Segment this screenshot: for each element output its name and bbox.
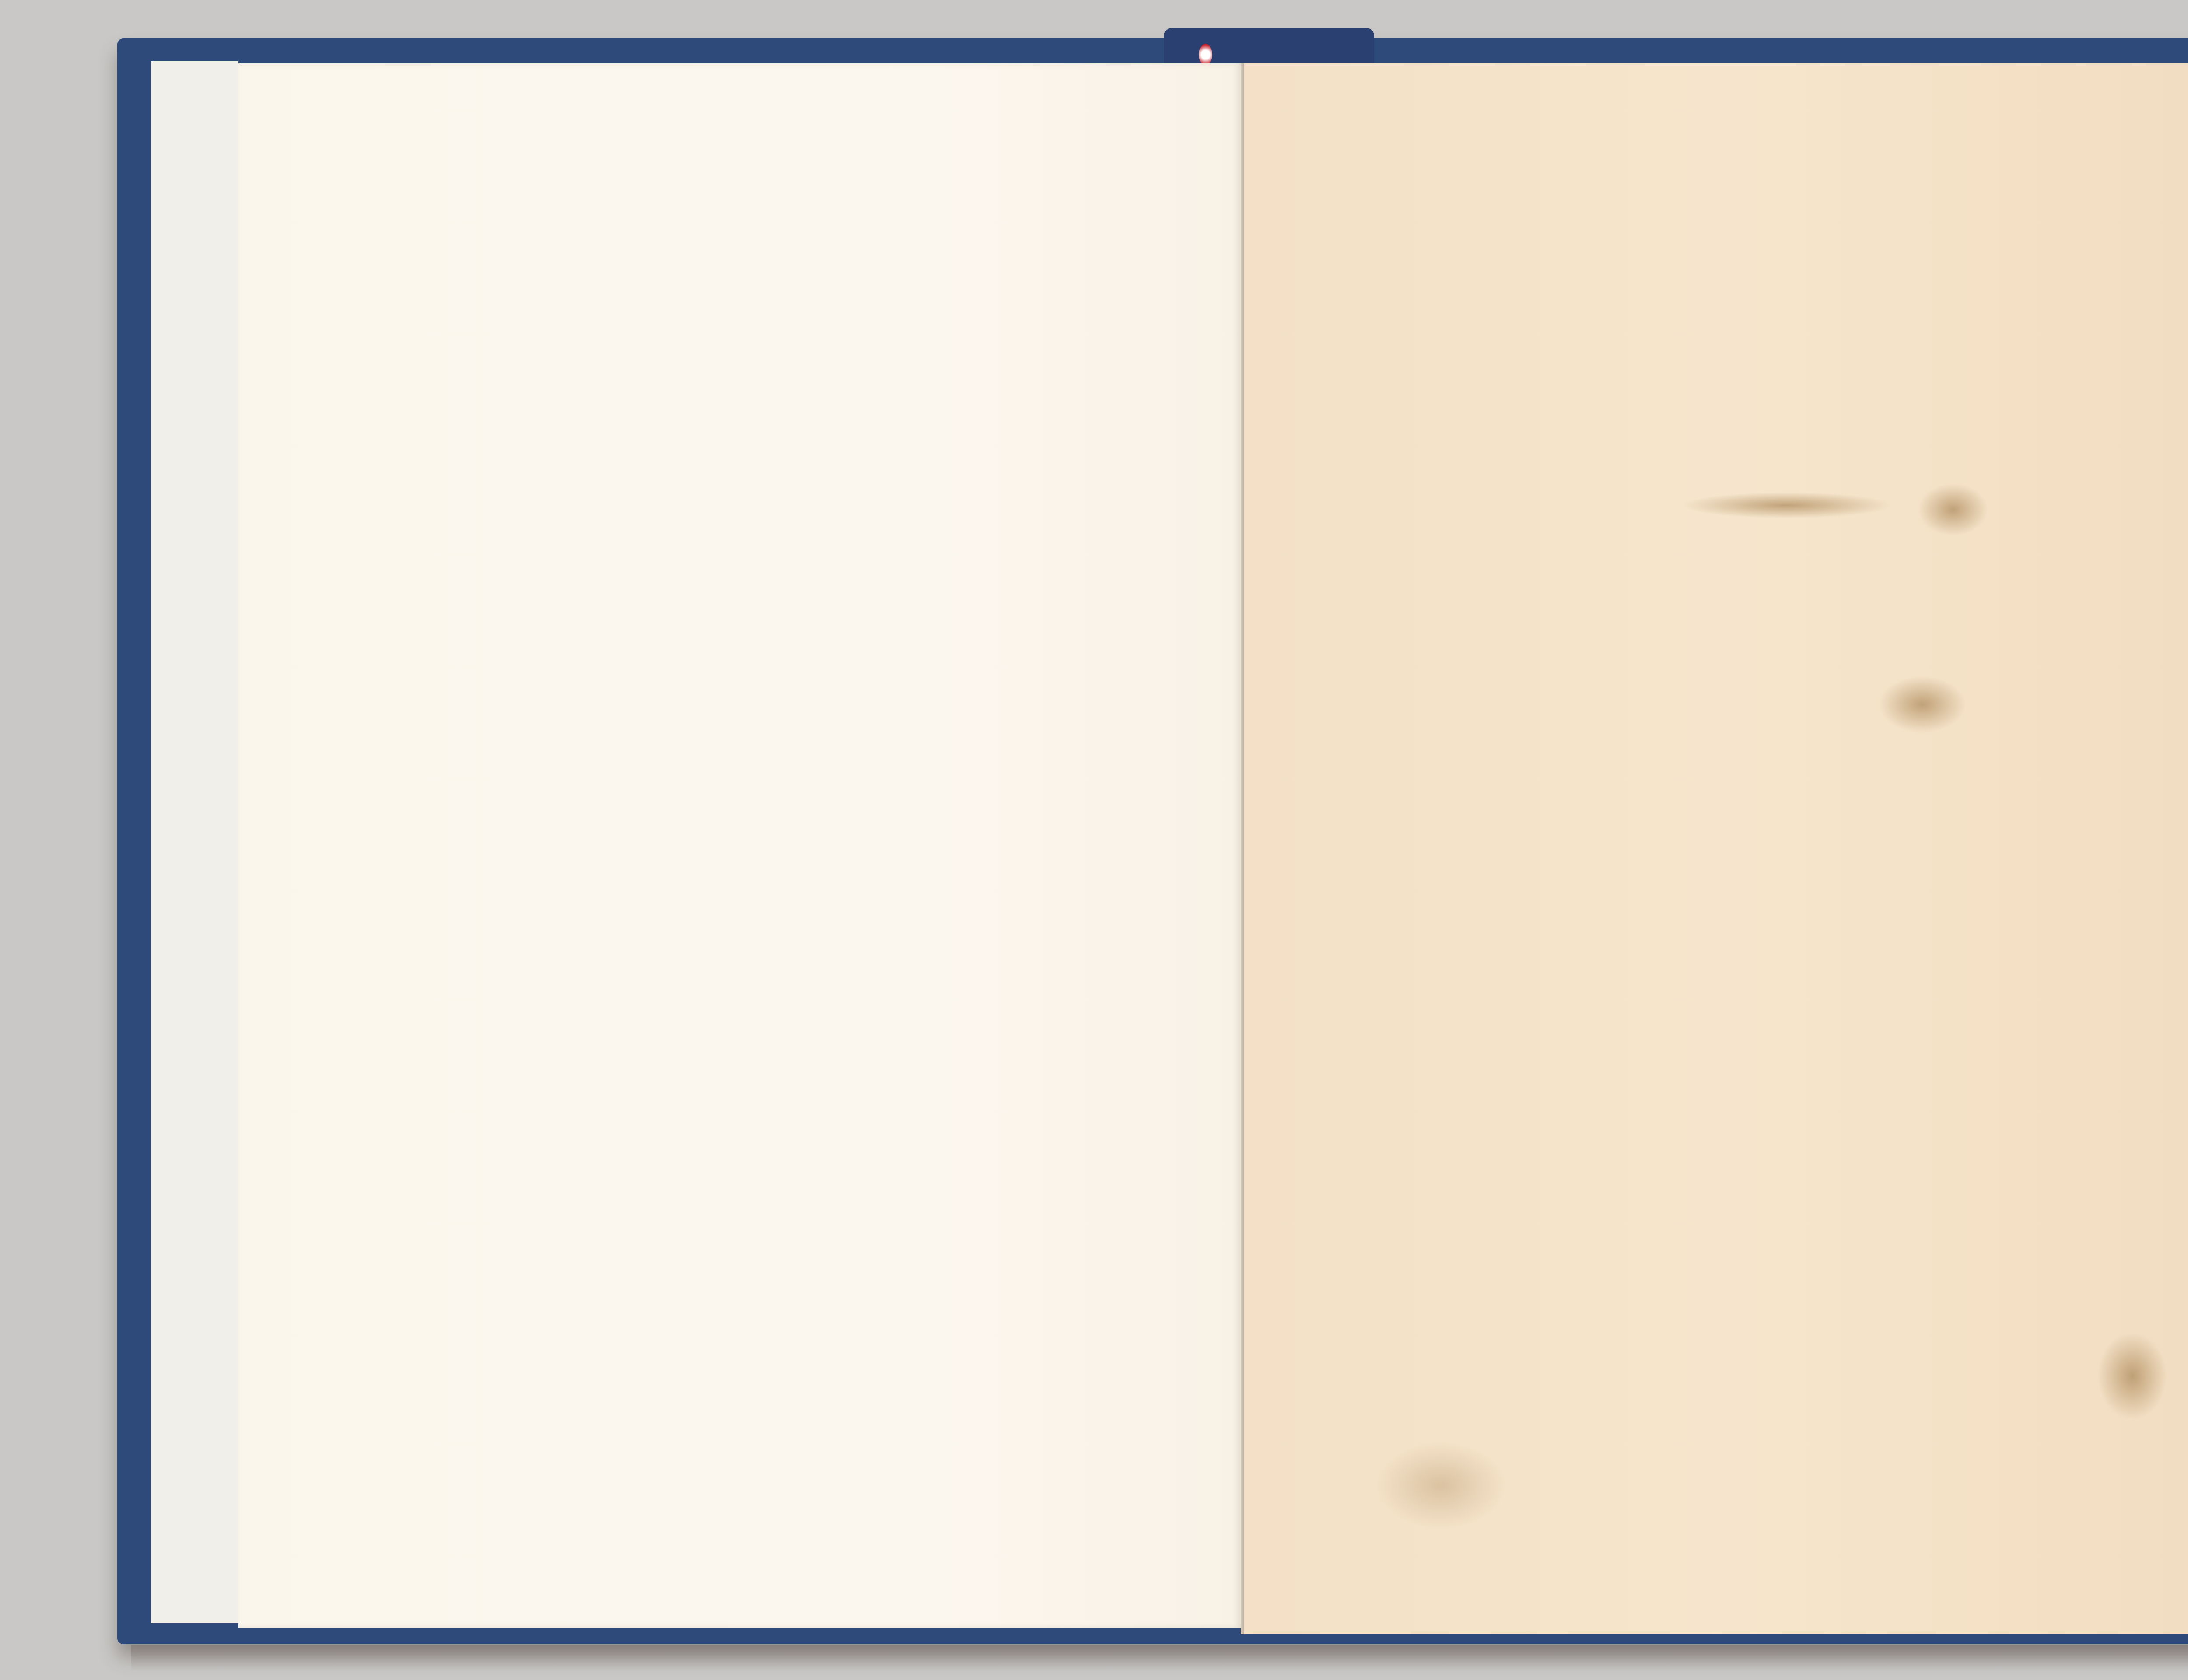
spine-top	[1164, 28, 1374, 67]
foxing-stain	[1879, 676, 1966, 733]
book-shadow	[131, 1645, 2188, 1671]
foxing-stain	[1375, 1442, 1507, 1529]
foxing-stain	[2097, 1332, 2167, 1420]
headband	[1199, 44, 1212, 66]
left-page	[238, 63, 1241, 1627]
foxing-stain	[1918, 483, 1988, 536]
left-pastedown	[151, 61, 238, 1623]
foxing-stain	[1682, 492, 1892, 518]
book-gutter	[1241, 63, 1244, 1634]
right-page	[1244, 63, 2188, 1634]
